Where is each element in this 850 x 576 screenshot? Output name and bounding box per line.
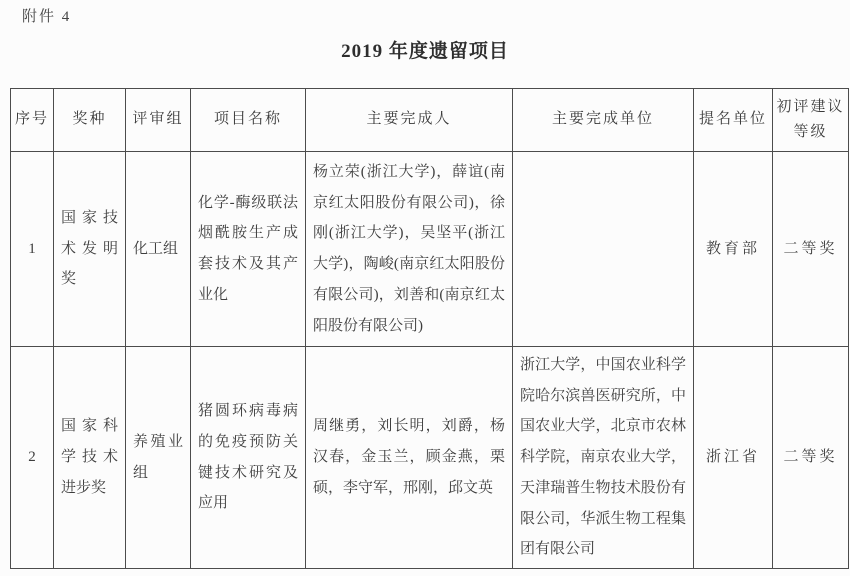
cell-nominating-unit: 教育部 bbox=[694, 152, 773, 347]
projects-table: 序号 奖种 评审组 项目名称 主要完成人 主要完成单位 提名单位 初评建议等级 … bbox=[10, 88, 849, 569]
col-header-award-type: 奖种 bbox=[54, 89, 126, 152]
col-header-suggested-grade: 初评建议等级 bbox=[773, 89, 849, 152]
col-header-project-name: 项目名称 bbox=[191, 89, 306, 152]
cell-award-type: 国家技术发明奖 bbox=[54, 152, 126, 347]
cell-index: 2 bbox=[11, 347, 54, 569]
cell-main-completers: 杨立荣(浙江大学)，薛谊(南京红太阳股份有限公司)，徐刚(浙江大学)，吴坚平(浙… bbox=[306, 152, 513, 347]
table-header-row: 序号 奖种 评审组 项目名称 主要完成人 主要完成单位 提名单位 初评建议等级 bbox=[11, 89, 849, 152]
table-row: 2 国家科学技术进步奖 养殖业组 猪圆环病毒病的免疫预防关键技术研究及应用 周继… bbox=[11, 347, 849, 569]
cell-suggested-grade: 二等奖 bbox=[773, 152, 849, 347]
cell-index: 1 bbox=[11, 152, 54, 347]
cell-review-group: 养殖业组 bbox=[126, 347, 191, 569]
col-header-main-completers: 主要完成人 bbox=[306, 89, 513, 152]
cell-main-units bbox=[513, 152, 694, 347]
attachment-label: 附件 4 bbox=[22, 5, 71, 26]
col-header-nominating-unit: 提名单位 bbox=[694, 89, 773, 152]
page-title: 2019 年度遗留项目 bbox=[0, 36, 850, 63]
cell-main-completers: 周继勇，刘长明，刘爵，杨汉春，金玉兰，顾金燕，栗硕，李守军，邢刚，邱文英 bbox=[306, 347, 513, 569]
cell-review-group: 化工组 bbox=[126, 152, 191, 347]
col-header-index: 序号 bbox=[11, 89, 54, 152]
cell-nominating-unit: 浙江省 bbox=[694, 347, 773, 569]
cell-suggested-grade: 二等奖 bbox=[773, 347, 849, 569]
cell-project-name: 猪圆环病毒病的免疫预防关键技术研究及应用 bbox=[191, 347, 306, 569]
col-header-main-units: 主要完成单位 bbox=[513, 89, 694, 152]
cell-project-name: 化学-酶级联法烟酰胺生产成套技术及其产业化 bbox=[191, 152, 306, 347]
col-header-review-group: 评审组 bbox=[126, 89, 191, 152]
cell-main-units: 浙江大学，中国农业科学院哈尔滨兽医研究所，中国农业大学，北京市农林科学院，南京农… bbox=[513, 347, 694, 569]
table-row: 1 国家技术发明奖 化工组 化学-酶级联法烟酰胺生产成套技术及其产业化 杨立荣(… bbox=[11, 152, 849, 347]
cell-award-type: 国家科学技术进步奖 bbox=[54, 347, 126, 569]
